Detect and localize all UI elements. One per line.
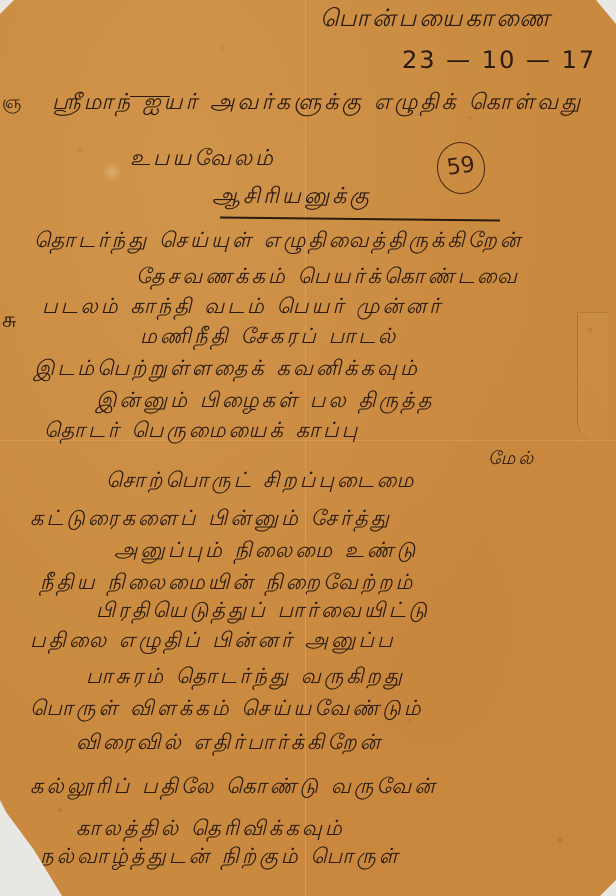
body-line: பொருள் விளக்கம் செய்யவேண்டும் [30, 698, 424, 719]
body-line: அனுப்பும் நிலைமை உண்டு [114, 540, 418, 561]
body-line: கட்டுரைகளைப் பின்னும் சேர்த்து [30, 508, 392, 529]
body-line: காலத்தில் தெரிவிக்கவும் [76, 818, 345, 839]
margin-mark: சு [2, 308, 16, 336]
letter-place: பொன்பயைகாணை [320, 6, 553, 30]
body-line: கல்லூரிப் பதிலே கொண்டு வருவேன் [30, 776, 438, 797]
letter-title: ஆசிரியனுக்கு [212, 186, 372, 208]
letter-date: 23 — 10 — 17 [402, 48, 596, 72]
body-line: தேசவணக்கம் பெயர்க்கொண்டவை [136, 266, 520, 287]
body-line: தொடர் பெருமையைக் காப்பு [44, 420, 360, 441]
body-line: பதிலை எழுதிப் பின்னர் அனுப்ப [30, 630, 396, 651]
body-line: இன்னும் பிழைகள் பல திருத்த [96, 390, 434, 411]
paper-repair-patch [577, 312, 608, 441]
letter-sheet: ஞ சு பொன்பயைகாணை 23 — 10 — 17 ஸ்ரீமாந் ஐ… [0, 0, 616, 896]
body-line: மேல் [488, 450, 536, 468]
circled-page-number: 59 [434, 139, 489, 197]
body-line: சொற்பொருட் சிறப்புடைமை [106, 470, 416, 491]
body-line: தொடர்ந்து செய்யுள் எழுதிவைத்திருக்கிறேன் [34, 230, 523, 251]
body-line: படலம் காந்தி வடம் பெயர் முன்னர் [42, 296, 443, 317]
margin-mark: ஞ [2, 92, 21, 115]
body-line: பாசுரம் தொடர்ந்து வருகிறது [86, 666, 405, 687]
body-line: இடம்பெற்றுள்ளதைக் கவனிக்கவும் [34, 358, 420, 379]
body-line: பிரதியெடுத்துப் பார்வையிட்டு [96, 600, 430, 621]
salutation-line: ஸ்ரீமாந் ஐயர் அவர்களுக்கு எழுதிக் கொள்வத… [52, 92, 583, 114]
body-line: மணிநீதி சேகரப் பாடல் [140, 326, 398, 347]
title-underline [220, 217, 500, 222]
body-line: விரைவில் எதிர்பார்க்கிறேன் [76, 732, 383, 753]
vertical-fold-crease [305, 0, 306, 896]
body-line: நீதிய நிலைமையின் நிறைவேற்றம் [40, 572, 415, 593]
body-line: நல்வாழ்த்துடன் நிற்கும் பொருள் [40, 846, 401, 867]
greeting-line: உபயவேலம் [130, 148, 276, 170]
